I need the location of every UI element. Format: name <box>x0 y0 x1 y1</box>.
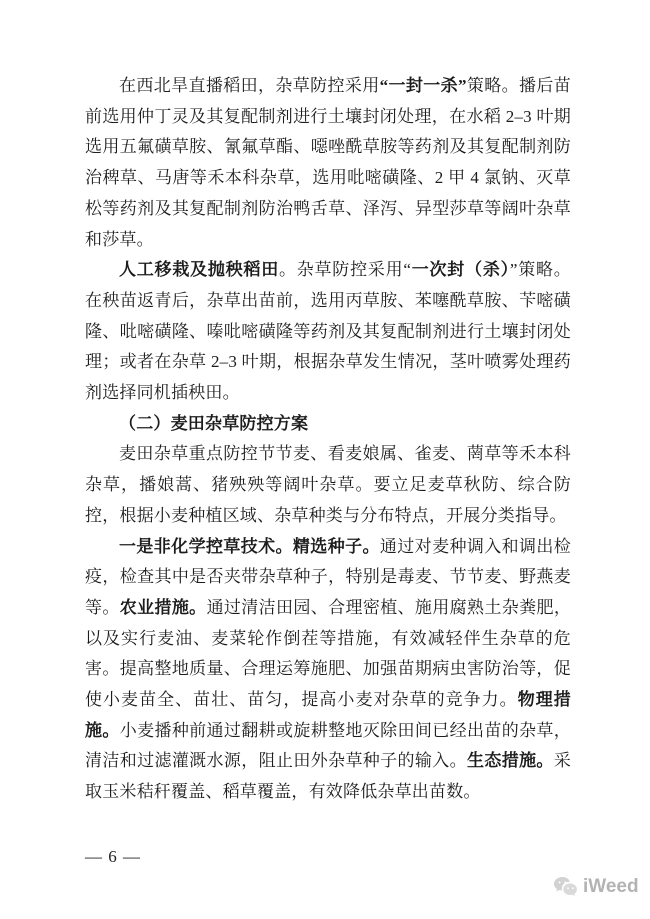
para-northwest-dry-direct-seeded-rice: 在西北旱直播稻田，杂草防控采用“一封一杀”策略。播后苗前选用仲丁灵及其复配制剂进… <box>85 71 571 255</box>
text-run: 农业措施。 <box>120 598 207 617</box>
text-run: “一封一杀” <box>380 76 467 95</box>
watermark: iWeed <box>553 876 639 898</box>
text-run: 生态措施。 <box>467 751 554 770</box>
page-footer: — 6 — <box>85 847 141 867</box>
document-page: 在西北旱直播稻田，杂草防控采用“一封一杀”策略。播后苗前选用仲丁灵及其复配制剂进… <box>0 0 650 919</box>
para-non-chemical-control: 一是非化学控草技术。精选种子。通过对麦种调入和调出检疫，检查其中是否夹带杂草种子… <box>85 532 571 808</box>
text-run: 在西北旱直播稻田，杂草防控采用 <box>119 76 380 95</box>
para-wheat-field-overview: 麦田杂草重点防控节节麦、看麦娘属、雀麦、菵草等禾本科杂草，播娘蒿、猪殃殃等阔叶杂… <box>85 439 571 531</box>
text-run: 一次封（杀） <box>411 260 510 279</box>
document-body: 在西北旱直播稻田，杂草防控采用“一封一杀”策略。播后苗前选用仲丁灵及其复配制剂进… <box>85 71 571 808</box>
text-run: 麦田杂草重点防控节节麦、看麦娘属、雀麦、菵草等禾本科杂草，播娘蒿、猪殃殃等阔叶杂… <box>85 444 571 524</box>
wechat-icon <box>553 876 578 898</box>
text-run: （二）麦田杂草防控方案 <box>119 414 308 433</box>
watermark-label: iWeed <box>583 876 639 898</box>
para-transplanted-rice: 人工移栽及抛秧稻田。杂草防控采用“一次封（杀）”策略。在秧苗返青后，杂草出苗前，… <box>85 255 571 409</box>
text-run: ”策略。在秧苗返青后，杂草出苗前，选用丙草胺、苯噻酰草胺、苄嘧磺隆、吡嘧磺隆、嗪… <box>85 260 571 402</box>
text-run: 策略。播后苗前选用仲丁灵及其复配制剂进行土壤封闭处理，在水稻 2–3 叶期选用五… <box>85 76 571 249</box>
text-run: 。杂草防控采用“ <box>279 260 411 279</box>
page-number: — 6 — <box>85 847 141 866</box>
heading-wheat-field-weed-control: （二）麦田杂草防控方案 <box>85 409 571 440</box>
text-run: 一是非化学控草技术。精选种子。 <box>119 537 380 556</box>
text-run: 人工移栽及抛秧稻田 <box>119 260 279 279</box>
